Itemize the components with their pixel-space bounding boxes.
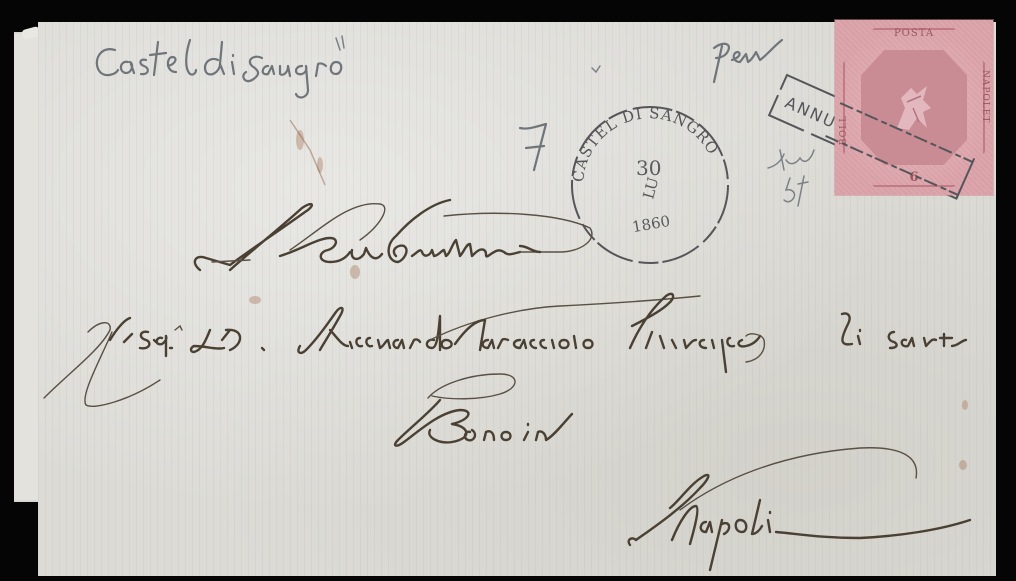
stamp-top-text: POSTA [835, 28, 993, 39]
address-line-2: Ill.mo Sig.r D. Riccardo Caracciolo Prin… [0, 0, 1, 1]
address-line-4: Napoli [0, 0, 1, 1]
address-line-1: A Sua Eccellenza [0, 0, 1, 1]
address-line-3: Bono in [0, 0, 1, 1]
stamp-right-text: NAPOLET [980, 70, 990, 123]
stamp-value: 6 [835, 170, 993, 185]
horse-emblem-icon [887, 78, 941, 138]
postage-stamp: POSTA NAPOLET BOLL 6 [835, 20, 993, 195]
stamp-left-text: BOLL [839, 115, 849, 145]
pencil-origin-note: Castel di Sangro [0, 0, 1, 1]
